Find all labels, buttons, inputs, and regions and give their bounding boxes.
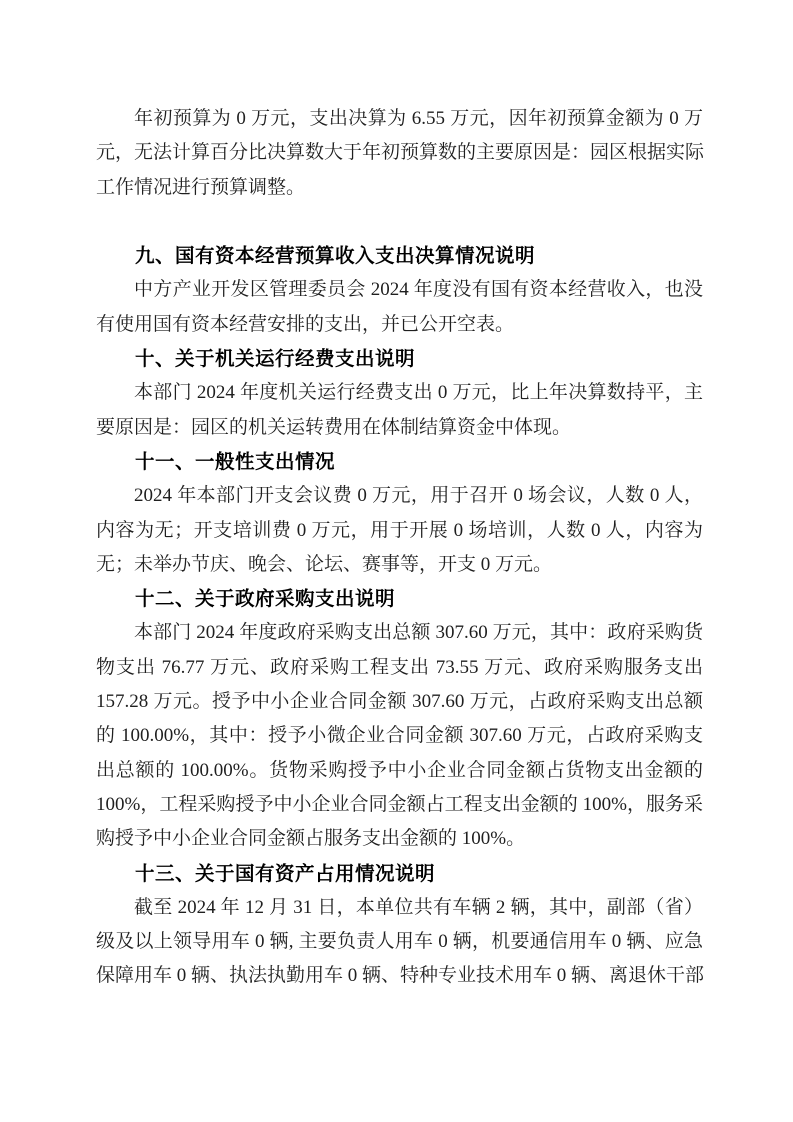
section-heading: 十二、关于政府采购支出说明 <box>96 582 703 616</box>
paragraph-line: 出总额的 100.00%。货物采购授予中小企业合同金额占货物支出金额的 <box>96 754 703 788</box>
paragraph-line: 购授予中小企业合同金额占服务支出金额的 100%。 <box>96 822 703 856</box>
paragraph-line: 157.28 万元。授予中小企业合同金额 307.60 万元，占政府采购支出总额 <box>96 685 703 719</box>
paragraph-line: 工作情况进行预算调整。 <box>96 171 703 205</box>
paragraph-line: 无；未举办节庆、晚会、论坛、赛事等，开支 0 万元。 <box>96 548 703 582</box>
paragraph-line: 保障用车 0 辆、执法执勤用车 0 辆、特种专业技术用车 0 辆、离退休干部 <box>96 959 703 993</box>
paragraph-line: 物支出 76.77 万元、政府采购工程支出 73.55 万元、政府采购服务支出 <box>96 651 703 685</box>
paragraph-line: 的 100.00%，其中：授予小微企业合同金额 307.60 万元，占政府采购支 <box>96 719 703 753</box>
paragraph-line: 本部门 2024 年度政府采购支出总额 307.60 万元，其中：政府采购货 <box>96 616 703 650</box>
section-heading: 九、国有资本经营预算收入支出决算情况说明 <box>96 239 703 273</box>
blank-line <box>96 205 703 239</box>
paragraph-line: 100%，工程采购授予中小企业合同金额占工程支出金额的 100%，服务采 <box>96 788 703 822</box>
paragraph-line: 内容为无；开支培训费 0 万元，用于开展 0 场培训，人数 0 人，内容为 <box>96 514 703 548</box>
paragraph-line: 有使用国有资本经营安排的支出，并已公开空表。 <box>96 308 703 342</box>
paragraph-line: 要原因是：园区的机关运转费用在体制结算资金中体现。 <box>96 411 703 445</box>
paragraph-line: 截至 2024 年 12 月 31 日，本单位共有车辆 2 辆，其中，副部（省） <box>96 891 703 925</box>
section-heading: 十、关于机关运行经费支出说明 <box>96 342 703 376</box>
section-heading: 十一、一般性支出情况 <box>96 445 703 479</box>
section-heading: 十三、关于国有资产占用情况说明 <box>96 857 703 891</box>
paragraph-line: 中方产业开发区管理委员会 2024 年度没有国有资本经营收入，也没 <box>96 273 703 307</box>
paragraph-line: 元，无法计算百分比决算数大于年初预算数的主要原因是：园区根据实际 <box>96 136 703 170</box>
paragraph-line: 年初预算为 0 万元，支出决算为 6.55 万元，因年初预算金额为 0 万 <box>96 102 703 136</box>
document-page: 年初预算为 0 万元，支出决算为 6.55 万元，因年初预算金额为 0 万元，无… <box>0 0 793 1122</box>
paragraph-line: 2024 年本部门开支会议费 0 万元，用于召开 0 场会议，人数 0 人， <box>96 479 703 513</box>
paragraph-line: 级及以上领导用车 0 辆, 主要负责人用车 0 辆，机要通信用车 0 辆、应急 <box>96 925 703 959</box>
paragraph-line: 本部门 2024 年度机关运行经费支出 0 万元，比上年决算数持平，主 <box>96 376 703 410</box>
document-content: 年初预算为 0 万元，支出决算为 6.55 万元，因年初预算金额为 0 万元，无… <box>96 102 703 994</box>
